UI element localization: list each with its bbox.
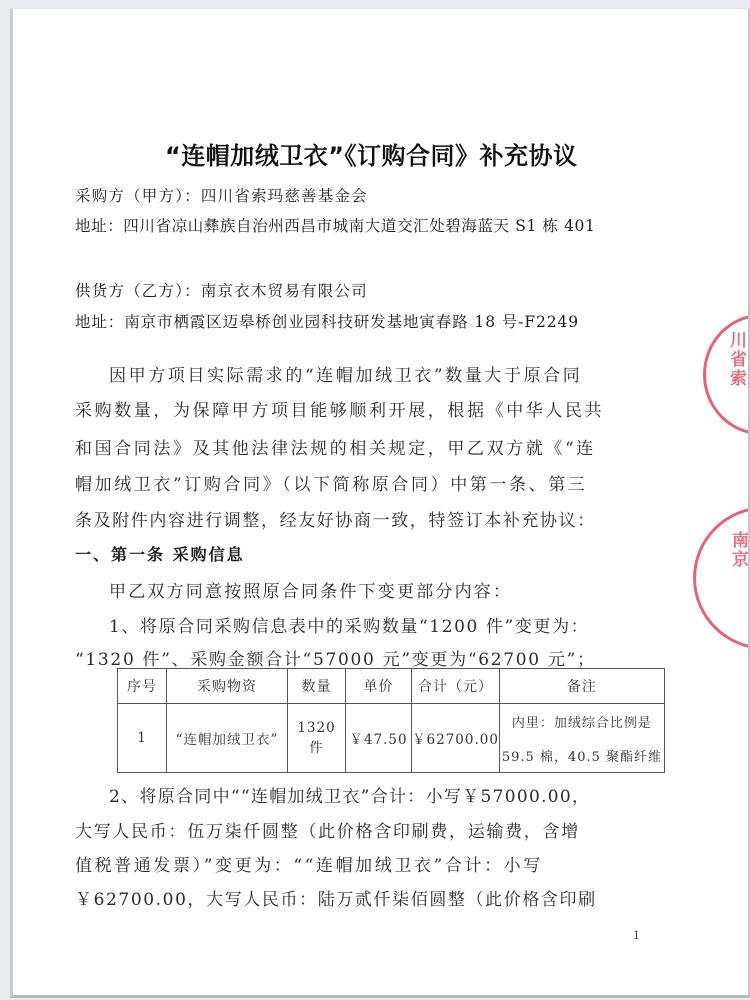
cell-no: 1 <box>118 704 167 773</box>
intro-line-1: 因甲方项目实际需求的“连帽加绒卫衣”数量大于原合同 <box>109 361 582 386</box>
document-page: “连帽加绒卫衣”《订购合同》补充协议 采购方（甲方）：四川省索玛慈善基金会 地址… <box>10 8 750 998</box>
item2-line-1: 2、将原合同中““连帽加绒卫衣”合计：小写￥57000.00， <box>109 782 590 807</box>
supplier-label: 供货方（乙方）：南京衣木贸易有限公司 <box>75 279 368 301</box>
intro-line-5: 条及附件内容进行调整，经友好协商一致，特签订本补充协议： <box>75 506 596 531</box>
upper-seal-text: 川省索 <box>724 331 749 388</box>
header-unit-price: 单价 <box>346 669 412 704</box>
upper-red-seal: 川省索 <box>703 314 750 435</box>
header-remark: 备注 <box>499 669 664 704</box>
table-row: 1 “连帽加绒卫衣” 1320 件 ￥47.50 ￥62700.00 内里：加绒… <box>118 704 665 773</box>
lower-red-seal: 南京 <box>693 506 750 650</box>
intro-line-3: 和国合同法》及其他法律法规的相关规定，甲乙双方就《“连 <box>75 434 596 459</box>
header-no: 序号 <box>118 669 167 704</box>
intro-line-2: 采购数量，为保障甲方项目能够顺利开展，根据《中华人民共 <box>75 396 604 421</box>
item1-line-2: “1320 件”、采购金额合计“57000 元”变更为“62700 元”； <box>75 645 596 670</box>
cell-quantity: 1320 件 <box>288 704 346 773</box>
item2-line-3: 值税普通发票）”变更为：““连帽加绒卫衣”合计：小写 <box>75 851 543 876</box>
lower-seal-text: 南京 <box>726 531 750 569</box>
cell-remark: 内里：加绒综合比例是 59.5 棉，40.5 聚酯纤维 <box>499 704 664 773</box>
procurement-table: 序号 采购物资 数量 单价 合计（元） 备注 1 “连帽加绒卫衣” 1320 件… <box>117 668 665 773</box>
cell-unit-price: ￥47.50 <box>346 704 412 773</box>
section1-intro: 甲乙双方同意按照原合同条件下变更部分内容： <box>109 577 512 602</box>
supplier-address: 地址：南京市栖霞区迈皋桥创业园科技研发基地寅春路 18 号-F2249 <box>75 310 579 332</box>
header-item: 采购物资 <box>167 669 288 704</box>
buyer-address: 地址：四川省凉山彝族自治州西昌市城南大道交汇处碧海蓝天 S1 栋 401 <box>75 214 595 236</box>
item1-line-1: 1、将原合同采购信息表中的采购数量“1200 件”变更为： <box>109 612 589 637</box>
document-title: “连帽加绒卫衣”《订购合同》补充协议 <box>165 136 578 171</box>
section1-heading: 一、第一条 采购信息 <box>75 542 245 565</box>
item2-line-4: ￥62700.00，大写人民币：陆万贰仟柒佰圆整（此价格含印刷 <box>75 885 597 910</box>
intro-line-4: 帽加绒卫衣”订购合同》（以下简称原合同）中第一条、第三 <box>75 470 587 495</box>
header-total: 合计（元） <box>412 669 500 704</box>
item2-line-2: 大写人民币：伍万柒仟圆整（此价格含印刷费，运输费，含增 <box>75 817 580 842</box>
table-header-row: 序号 采购物资 数量 单价 合计（元） 备注 <box>118 669 665 704</box>
buyer-label: 采购方（甲方）：四川省索玛慈善基金会 <box>75 184 368 206</box>
remark-line-2: 59.5 棉，40.5 聚酯纤维 <box>500 746 664 765</box>
cell-item: “连帽加绒卫衣” <box>167 704 288 773</box>
cell-total: ￥62700.00 <box>412 704 500 773</box>
header-quantity: 数量 <box>288 669 346 704</box>
remark-line-1: 内里：加绒综合比例是 <box>500 712 664 731</box>
page-number: 1 <box>633 929 640 942</box>
